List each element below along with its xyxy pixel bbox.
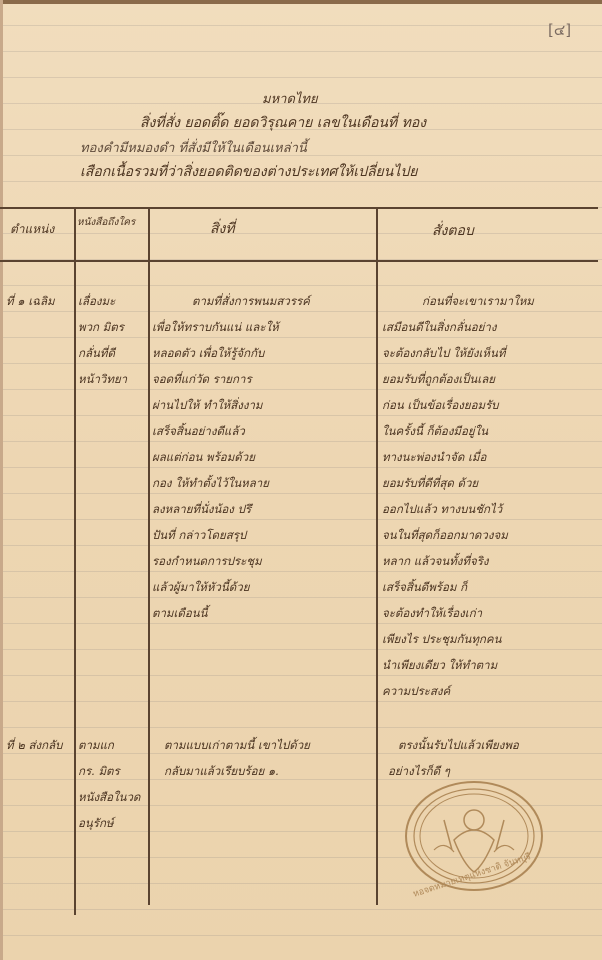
header-letter-to: หนังสือถึงใคร xyxy=(77,216,147,230)
page-left-edge xyxy=(0,0,3,960)
row2-matter: ตามแบบเก่าตามนี้ เขาไปด้วย กลับมาแล้วเรี… xyxy=(164,732,376,784)
manuscript-page: [๔] มหาดไทย สิ่งที่สั่ง ยอดติ๊ด ยอดวิรุณ… xyxy=(0,0,602,960)
column-divider-2 xyxy=(148,207,150,905)
row1-matter: ตามที่สั่งการพนมสวรรค์ เพื่อให้ทราบกันแน… xyxy=(152,288,376,626)
intro-line-3: เสือกเนื้อรวมที่ว่าสิ่งยอดติดของต่างประเ… xyxy=(80,161,417,183)
row2-reply: ตรงนั้นรับไปแล้วเพียงพอ อย่างไรก็ดี ๆ xyxy=(388,732,600,784)
row2-position: ที่ ๒ ส่งกลับ xyxy=(6,732,62,758)
page-number: [๔] xyxy=(548,18,571,42)
table-top-rule xyxy=(0,207,598,209)
table-header-rule xyxy=(0,260,598,262)
intro-line-1: สิ่งที่สั่ง ยอดติ๊ด ยอดวิรุณคาย เลขในเดื… xyxy=(140,112,426,134)
header-reply: สั่งตอบ xyxy=(432,220,474,242)
row1-letter-to: เลื่องมะ พวก มิตร กลั่นที่ดี หน้าวิทยา xyxy=(78,288,148,392)
column-divider-3 xyxy=(376,207,378,905)
intro-line-2: ทองคำมีหมองดำ ที่สั่งมีให้ในเดือนเหล่านี… xyxy=(80,137,307,158)
header-position: ตำแหน่ง xyxy=(10,220,54,239)
column-divider-1 xyxy=(74,207,76,915)
row2-letter-to: ตามแก กร. มิตร หนังสือในวด อนุรักษ์ xyxy=(78,732,148,836)
header-matter: สิ่งที่ xyxy=(210,218,235,240)
row1-position: ที่ ๑ เฉลิม xyxy=(6,288,55,314)
page-top-edge xyxy=(0,0,602,4)
row1-reply: ก่อนที่จะเขาเรามาใหม เสมือนดีในสิ่งกลั่น… xyxy=(382,288,600,704)
document-title: มหาดไทย xyxy=(262,88,318,109)
